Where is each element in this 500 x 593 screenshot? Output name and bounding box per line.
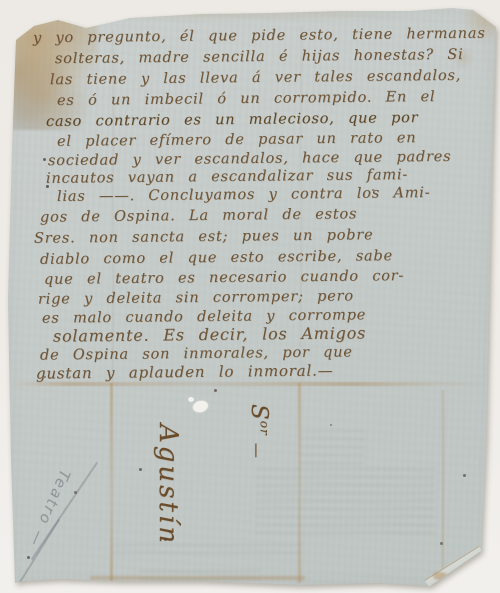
paper-shadow-wrap: y yo pregunto, él que pide esto, tiene h… bbox=[0, 0, 500, 593]
verso-showthrough bbox=[300, 430, 366, 466]
ink-speck bbox=[139, 468, 142, 471]
ink-speck bbox=[214, 389, 217, 392]
ink-speck bbox=[46, 185, 49, 188]
vertical-salutation: Sor— bbox=[246, 404, 272, 458]
verso-showthrough bbox=[140, 570, 260, 586]
salutation-dash: — bbox=[248, 443, 266, 458]
manuscript-line: el placer efímero de pasar un rato en bbox=[57, 129, 417, 151]
ink-speck bbox=[440, 542, 443, 545]
manuscript-line: que el teatro es necesario cuando cor- bbox=[44, 267, 404, 289]
stain-streak-right bbox=[442, 390, 444, 578]
horizontal-fold-crease bbox=[12, 382, 486, 386]
manuscript-line: gos de Ospina. La moral de estos bbox=[40, 205, 357, 226]
ink-speck bbox=[372, 189, 374, 191]
vertical-name-agustin: Agustín bbox=[153, 424, 183, 546]
corner-fold-stain bbox=[433, 572, 447, 580]
salutation-superscript: or bbox=[258, 421, 272, 436]
manuscript-paper: y yo pregunto, él que pide esto, tiene h… bbox=[0, 0, 500, 593]
ink-speck bbox=[44, 376, 46, 378]
ink-speck bbox=[330, 424, 332, 426]
ink-speck bbox=[164, 538, 167, 541]
ink-speck bbox=[74, 491, 77, 494]
paper-damage-spot bbox=[188, 397, 194, 402]
ink-speck bbox=[43, 158, 46, 161]
manuscript-line: rige y deleita sin corromper; pero bbox=[38, 287, 354, 308]
manuscript-line: Sres. non sancta est; pues un pobre bbox=[34, 226, 374, 248]
scan-background: y yo pregunto, él que pide esto, tiene h… bbox=[0, 0, 500, 593]
ink-speck bbox=[27, 556, 30, 559]
ink-speck bbox=[463, 474, 466, 477]
manuscript-line: gustan y aplauden lo inmoral.— bbox=[36, 361, 334, 382]
verso-showthrough bbox=[255, 468, 435, 538]
manuscript-line: diablo como el que esto escribe, sabe bbox=[40, 247, 393, 269]
verso-showthrough bbox=[112, 544, 302, 556]
manuscript-line: solamente. Es decir, los Amigos bbox=[53, 324, 366, 345]
salutation-initial: S bbox=[246, 404, 272, 421]
stain-top-edge bbox=[100, 8, 420, 18]
